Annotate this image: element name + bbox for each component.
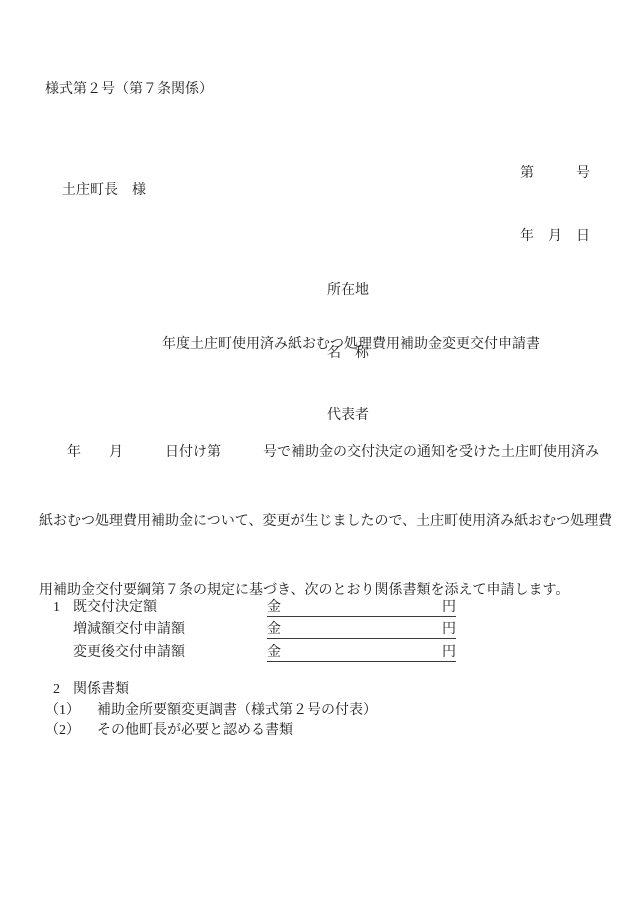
applicant-address-label: 所在地: [327, 281, 369, 302]
form-number-label: 様式第２号（第７条関係）: [45, 83, 213, 97]
amount-suffix: 円: [442, 601, 456, 615]
item-marker: （1）: [45, 704, 97, 718]
amount-blank-line: 金 円: [267, 623, 456, 639]
section2-number: 2: [53, 683, 60, 697]
section1-row-label: 増減額交付申請額: [73, 623, 185, 637]
section1-row-label: 既交付決定額: [73, 601, 157, 615]
amount-prefix: 金: [267, 623, 281, 637]
section1-row-label: 変更後交付申請額: [73, 646, 185, 660]
date-line: 年 月 日: [520, 226, 590, 247]
document-number-line: 第 号: [520, 163, 590, 184]
item-text: 補助金所要額変更調書（様式第２号の付表）: [97, 704, 377, 718]
document-page: 様式第２号（第７条関係） 第 号 年 月 日 土庄町長 様 所在地 名 称 代表…: [0, 0, 630, 903]
section2-item: （1） 補助金所要額変更調書（様式第２号の付表）: [45, 704, 377, 718]
section2-item: （2） その他町長が必要と認める書類: [45, 724, 293, 738]
document-title: 年度土庄町使用済み紙おむつ処理費用補助金変更交付申請書: [162, 338, 540, 352]
amount-blank-line: 金 円: [267, 646, 456, 662]
amount-suffix: 円: [442, 646, 456, 660]
section1-number: 1: [53, 601, 60, 615]
amount-blank-line: 金 円: [267, 601, 456, 617]
item-text: その他町長が必要と認める書類: [97, 724, 293, 738]
amount-prefix: 金: [267, 601, 281, 615]
addressee-line: 土庄町長 様: [62, 184, 146, 198]
body-line: 紙おむつ処理費用補助金について、変更が生じましたので、土庄町使用済み紙おむつ処理…: [39, 510, 612, 533]
reference-block: 第 号 年 月 日: [520, 121, 590, 289]
item-marker: （2）: [45, 724, 97, 738]
body-line: 年 月 日付け第 号で補助金の交付決定の通知を受けた土庄町使用済み: [39, 441, 612, 464]
section2-heading: 関係書類: [73, 683, 129, 697]
amount-suffix: 円: [442, 623, 456, 637]
body-line: 用補助金交付要綱第７条の規定に基づき、次のとおり関係書類を添えて申請します。: [39, 579, 612, 602]
amount-prefix: 金: [267, 646, 281, 660]
